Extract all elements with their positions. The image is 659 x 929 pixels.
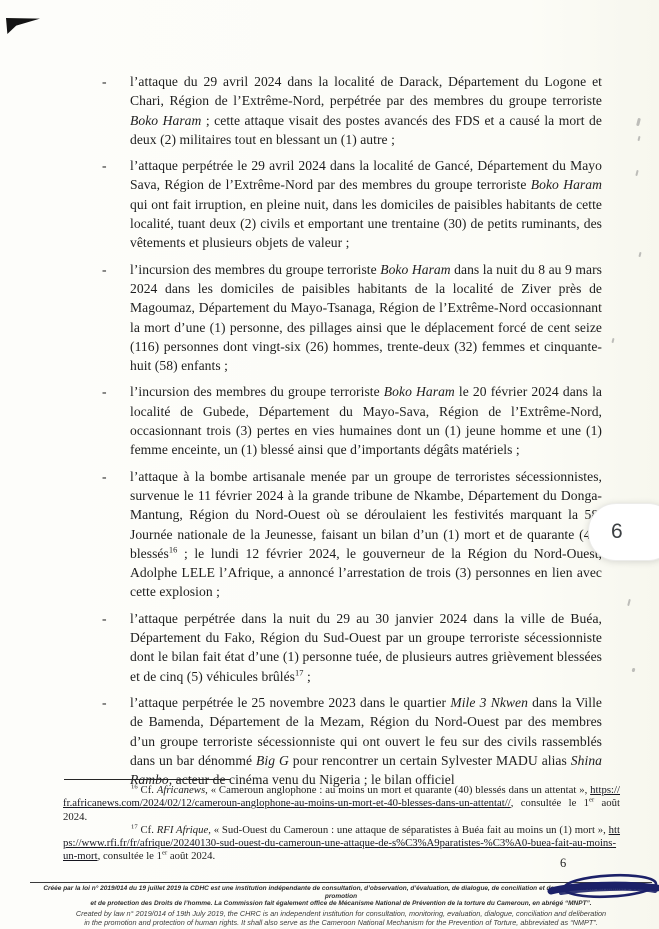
footnote-16: 16 Cf. Africanews, « Cameroun anglophone…: [63, 784, 620, 824]
bullet-text: l’attaque du 29 avril 2024 dans la local…: [130, 72, 602, 149]
bullet-dash: -: [102, 382, 130, 459]
bullet-item-2: - l’attaque perpétrée le 29 avril 2024 d…: [102, 156, 602, 252]
bullet-item-1: - l’attaque du 29 avril 2024 dans la loc…: [102, 72, 602, 149]
scan-corner-artifact: [6, 18, 40, 34]
bullet-text: l’incursion des membres du groupe terror…: [130, 260, 602, 376]
bullet-dash: -: [102, 260, 130, 376]
scan-speck: [636, 118, 641, 126]
bullet-text: l’attaque à la bombe artisanale menée pa…: [130, 467, 602, 602]
bullet-text: l’incursion des membres du groupe terror…: [130, 382, 602, 459]
scan-speck: [611, 338, 614, 343]
bullet-dash: -: [102, 467, 130, 602]
footnote-17: 17 Cf. RFI Afrique, « Sud-Ouest du Camer…: [63, 824, 620, 864]
bullet-item-5: - l’attaque à la bombe artisanale menée …: [102, 467, 602, 602]
page-indicator-label: 6: [611, 520, 623, 544]
bullet-text: l’attaque perpétrée dans la nuit du 29 a…: [130, 609, 602, 686]
bullet-item-3: - l’incursion des membres du groupe terr…: [102, 260, 602, 376]
ink-scribble-annotation: [547, 869, 659, 905]
bullet-dash: -: [102, 693, 130, 789]
bullet-text: l’attaque perpétrée le 25 novembre 2023 …: [130, 693, 602, 789]
bullet-dash: -: [102, 156, 130, 252]
bullet-item-4: - l’incursion des membres du groupe terr…: [102, 382, 602, 459]
scan-speck: [627, 599, 631, 606]
scan-speck: [632, 668, 636, 673]
page-indicator-pill: 6: [588, 503, 659, 561]
footer-en-line-2: in the promotion and protection of human…: [30, 919, 652, 928]
bullet-dash: -: [102, 609, 130, 686]
scan-speck: [635, 170, 638, 176]
scan-speck: [638, 252, 641, 257]
scan-speck: [637, 136, 640, 141]
bullet-dash: -: [102, 72, 130, 149]
bullet-text: l’attaque perpétrée le 29 avril 2024 dan…: [130, 156, 602, 252]
bullet-item-7: - l’attaque perpétrée le 25 novembre 202…: [102, 693, 602, 789]
bullet-item-6: - l’attaque perpétrée dans la nuit du 29…: [102, 609, 602, 686]
document-body: - l’attaque du 29 avril 2024 dans la loc…: [102, 72, 602, 796]
footnote-separator: [64, 779, 230, 780]
footnotes-section: 16 Cf. Africanews, « Cameroun anglophone…: [63, 784, 620, 864]
